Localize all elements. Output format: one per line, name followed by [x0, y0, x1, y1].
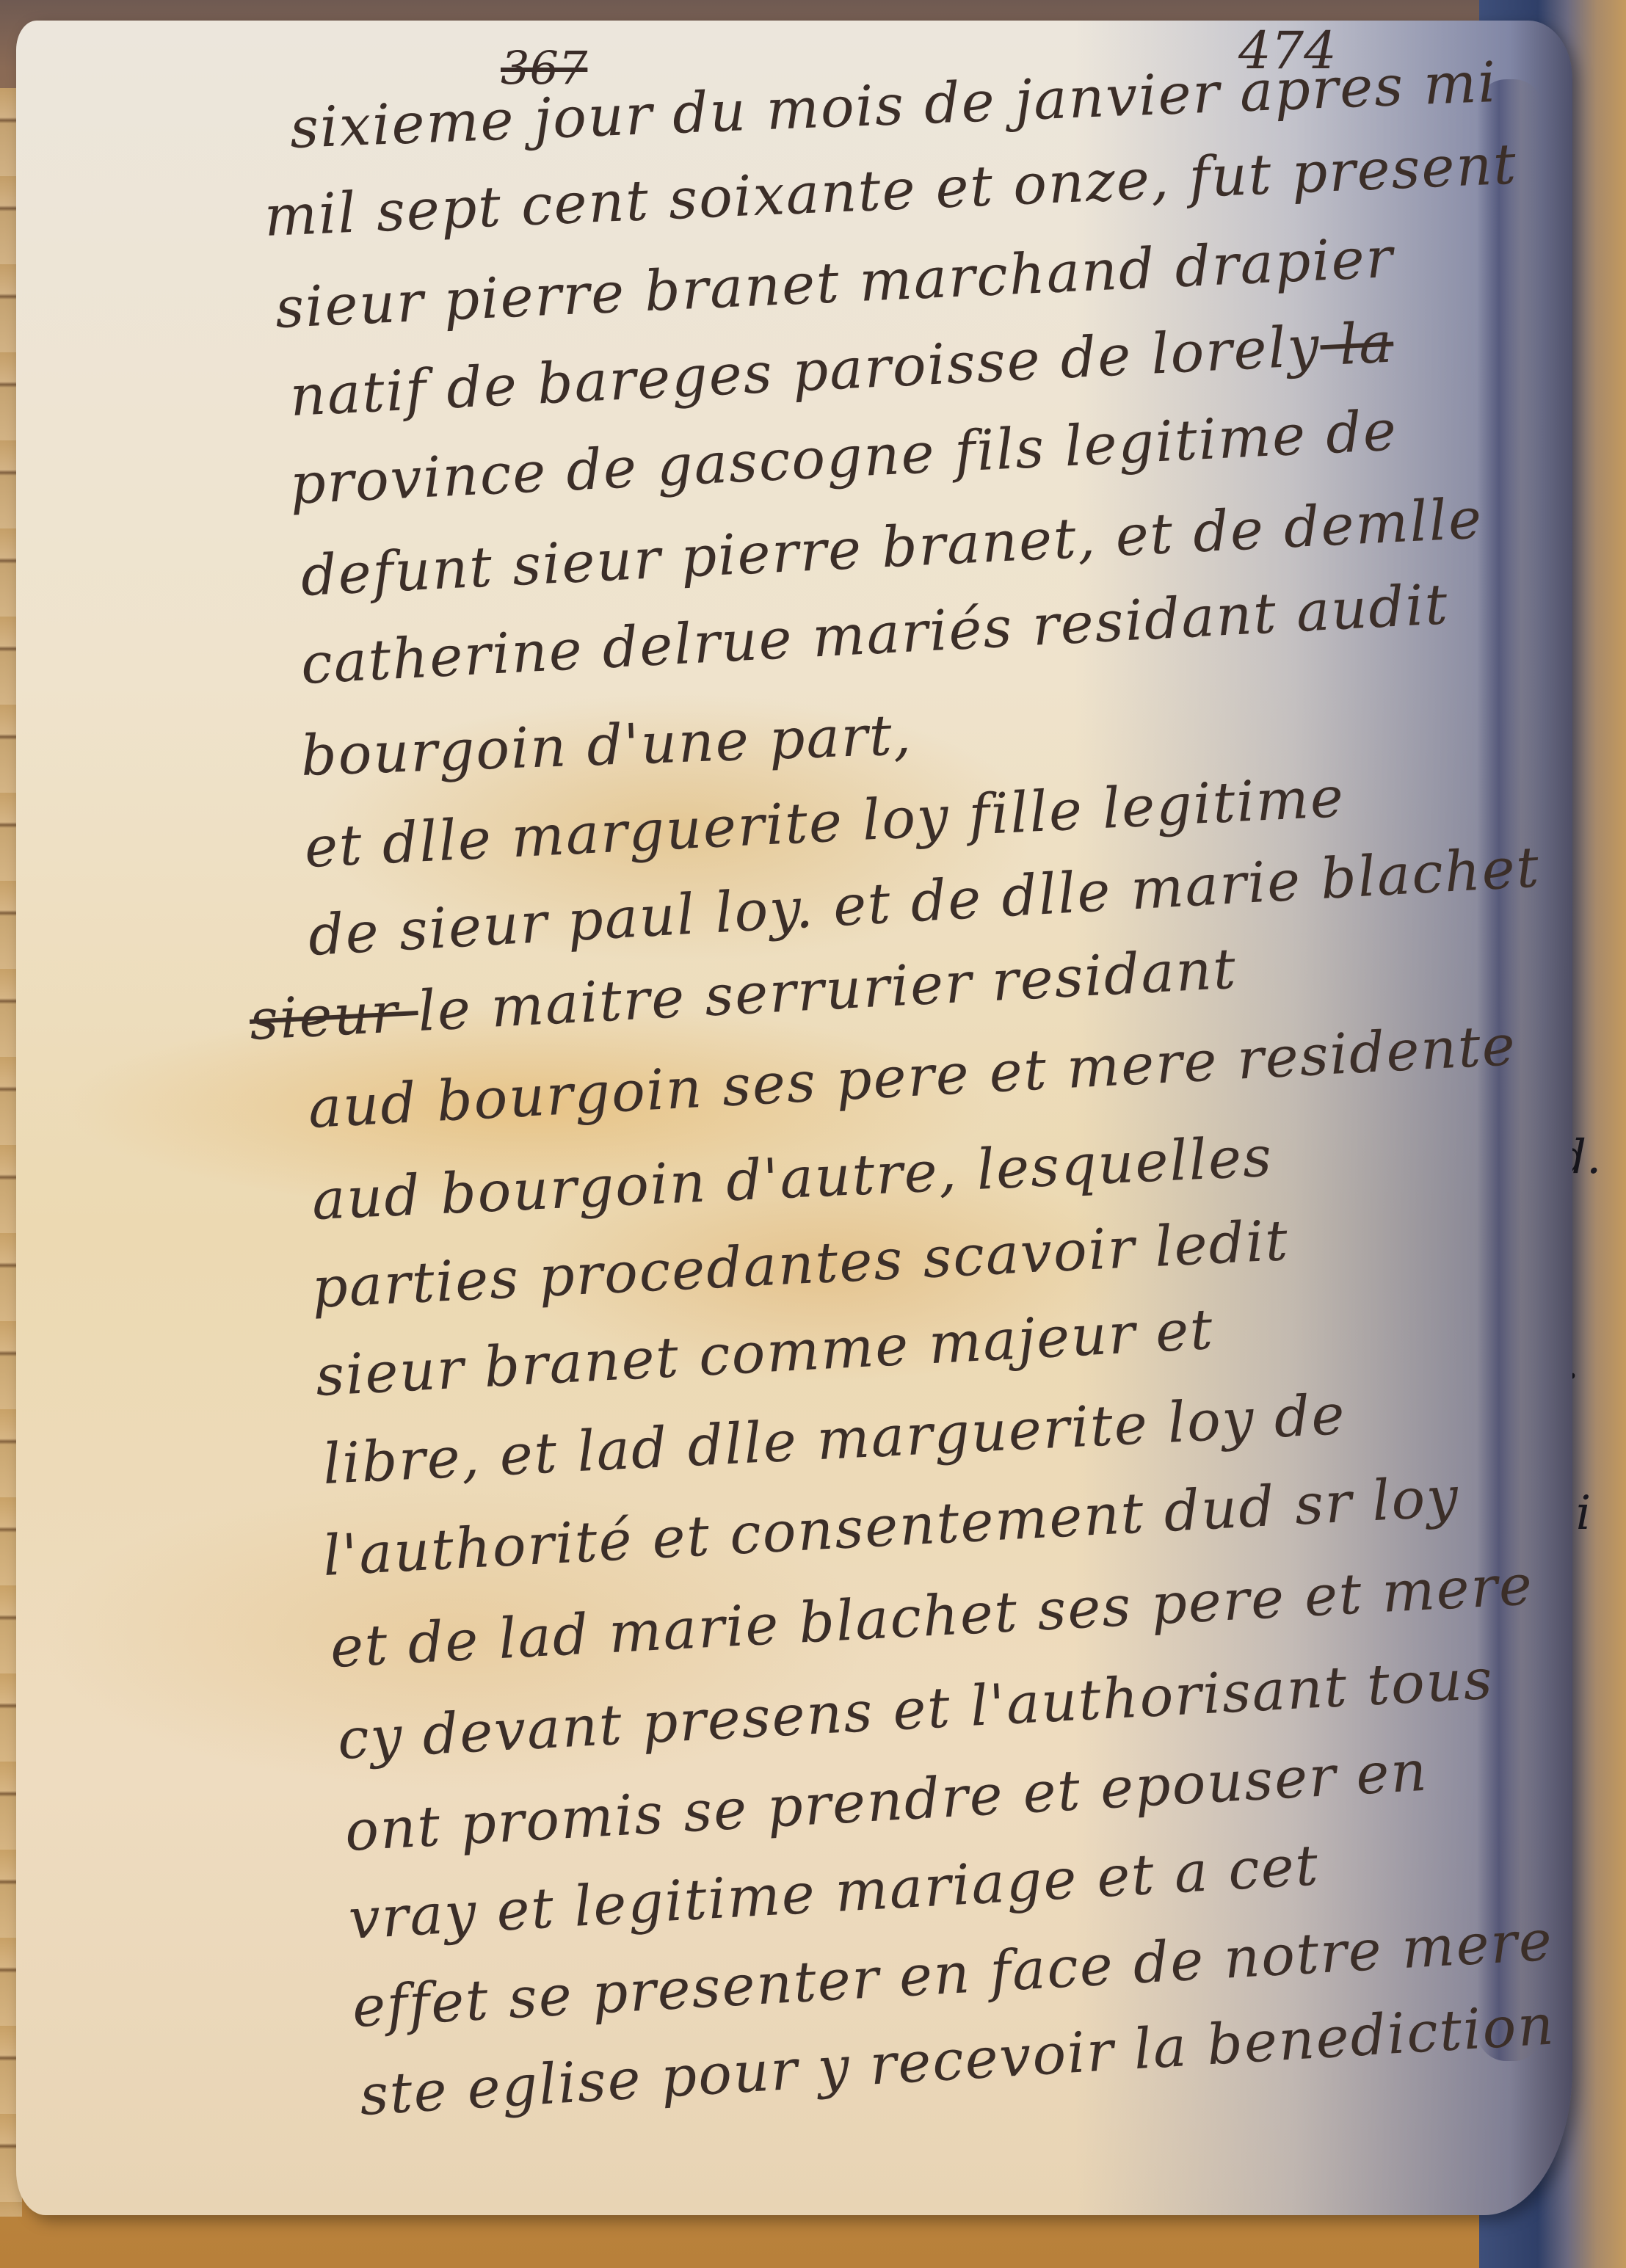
line-text: bourgoin d'une part,: [300, 702, 913, 788]
manuscript-page: 367 474 sixieme jour du mois de janvier …: [16, 21, 1572, 2215]
manuscript-line: bourgoin d'une part,: [300, 702, 913, 788]
struck-word: la: [1318, 310, 1395, 379]
struck-word: sieur: [248, 978, 420, 1053]
